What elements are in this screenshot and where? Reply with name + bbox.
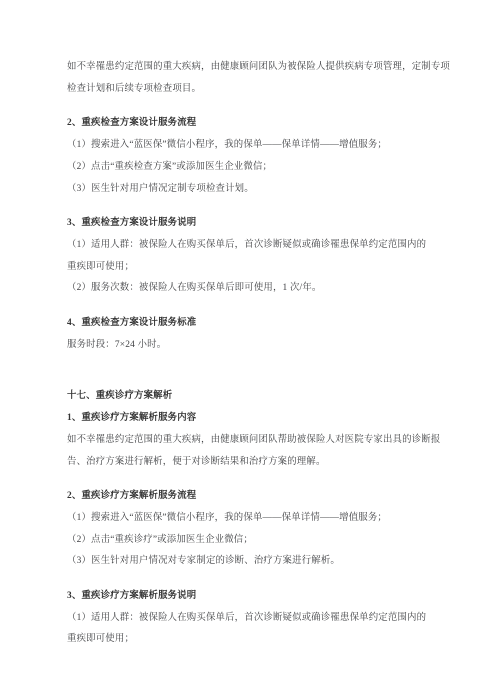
text-line: （1）搜索进入“蓝医保”微信小程序，我的保单——保单详情——增值服务； — [67, 508, 430, 530]
text-line: （2）点击“重疾诊疗”或添加医生企业微信； — [67, 530, 430, 552]
heading-line: 2、重疾检查方案设计服务流程 — [67, 113, 430, 135]
heading-line: 4、重疾检查方案设计服务标准 — [67, 313, 430, 335]
text-line: （3）医生针对用户情况对专家制定的诊断、治疗方案进行解析。 — [67, 551, 430, 573]
heading-line: 十七、重疾诊疗方案解析 — [67, 386, 430, 408]
document-page: 如不幸罹患约定范围的重大疾病，由健康顾问团队为被保险人提供疾病专项管理，定制专项… — [0, 0, 495, 700]
text-line: 如不幸罹患约定范围的重大疾病，由健康顾问团队为被保险人提供疾病专项管理，定制专项 — [67, 57, 430, 79]
text-line: 重疾即可使用； — [67, 629, 430, 651]
text-line: 告、治疗方案进行解析，便于对诊断结果和治疗方案的理解。 — [67, 452, 430, 474]
heading-line: 3、重疾检查方案设计服务说明 — [67, 213, 430, 235]
text-line: （2）点击“重疾检查方案”或添加医生企业微信； — [67, 157, 430, 179]
text-line: 重疾即可使用； — [67, 257, 430, 279]
text-line: （2）服务次数：被保险人在购买保单后即可使用，1 次/年。 — [67, 278, 430, 300]
text-line: （1）搜索进入“蓝医保”微信小程序，我的保单——保单详情——增值服务； — [67, 135, 430, 157]
text-line: （3）医生针对用户情况定制专项检查计划。 — [67, 179, 430, 201]
heading-line: 3、重疾诊疗方案解析服务说明 — [67, 586, 430, 608]
text-line: （1）适用人群：被保险人在购买保单后，首次诊断疑似或确诊罹患保单约定范围内的 — [67, 235, 430, 257]
heading-line: 2、重疾诊疗方案解析服务流程 — [67, 486, 430, 508]
text-line: 服务时段：7×24 小时。 — [67, 335, 430, 357]
text-line: 检查计划和后续专项检查项目。 — [67, 79, 430, 101]
heading-line: 1、重疾诊疗方案解析服务内容 — [67, 408, 430, 430]
text-line: （1）适用人群：被保险人在购买保单后，首次诊断疑似或确诊罹患保单约定范围内的 — [67, 608, 430, 630]
document-content: 如不幸罹患约定范围的重大疾病，由健康顾问团队为被保险人提供疾病专项管理，定制专项… — [67, 57, 430, 651]
text-line: 如不幸罹患约定范围的重大疾病，由健康顾问团队帮助被保险人对医院专家出具的诊断报 — [67, 430, 430, 452]
